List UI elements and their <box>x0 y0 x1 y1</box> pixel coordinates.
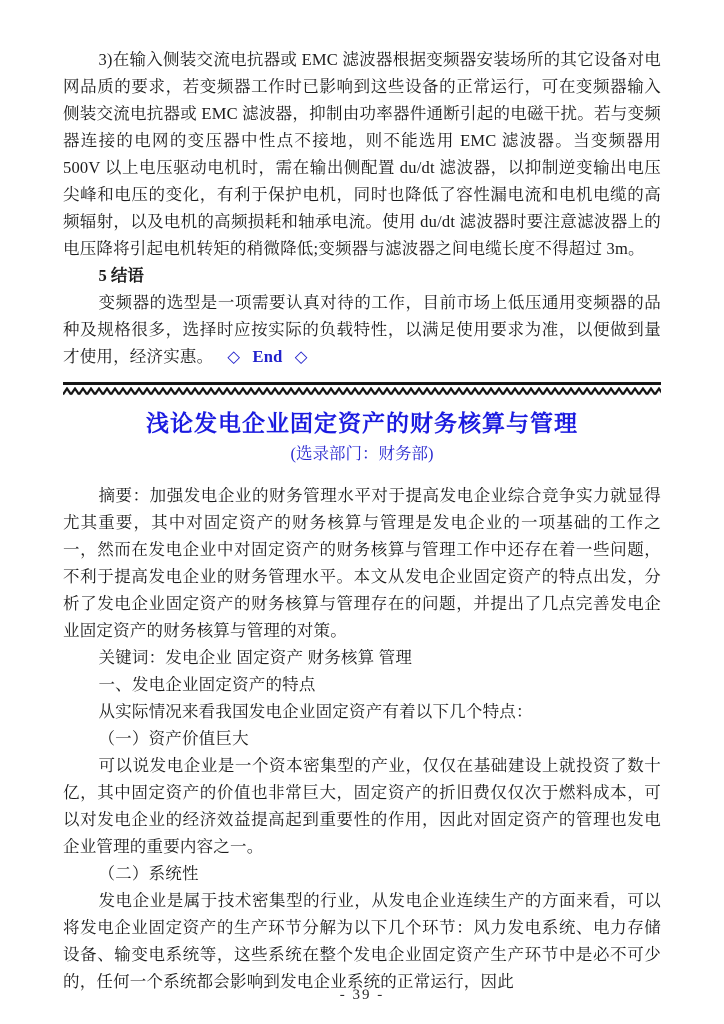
keywords-line: 关键词：发电企业 固定资产 财务核算 管理 <box>63 644 661 671</box>
document-page: 3)在输入侧装交流电抗器或 EMC 滤波器根据变频器安装场所的其它设备对电网品质… <box>0 0 724 1024</box>
divider-zigzag-pattern <box>63 387 661 396</box>
page-number: - 39 - <box>0 987 724 1004</box>
end-marker: ◇ End ◇ <box>213 347 307 366</box>
subsection-paragraph-1: 可以说发电企业是一个资本密集型的产业，仅仅在基础建设上就投资了数十亿，其中固定资… <box>63 752 661 860</box>
subsection-heading-2: （二）系统性 <box>63 860 661 887</box>
subsection-paragraph-2: 发电企业是属于技术密集型的行业，从发电企业连续生产的方面来看，可以将发电企业固定… <box>63 887 661 995</box>
conclusion-paragraph-wrap: 变频器的选型是一项需要认真对待的工作，目前市场上低压通用变频器的品种及规格很多，… <box>63 289 661 370</box>
section-intro: 从实际情况来看我国发电企业固定资产有着以下几个特点： <box>63 698 661 725</box>
subsection-heading-1: （一）资产价值巨大 <box>63 725 661 752</box>
section-heading-1: 一、发电企业固定资产的特点 <box>63 671 661 698</box>
article-title: 浅论发电企业固定资产的财务核算与管理 <box>63 408 661 438</box>
divider-rule <box>63 382 661 385</box>
conclusion-paragraph: 变频器的选型是一项需要认真对待的工作，目前市场上低压通用变频器的品种及规格很多，… <box>63 293 661 366</box>
frequency-converter-paragraph: 3)在输入侧装交流电抗器或 EMC 滤波器根据变频器安装场所的其它设备对电网品质… <box>63 46 661 262</box>
abstract-paragraph: 摘要：加强发电企业的财务管理水平对于提高发电企业综合竞争实力就显得尤其重要，其中… <box>63 482 661 644</box>
article-subtitle: (选录部门：财务部) <box>63 442 661 466</box>
zigzag-divider <box>63 382 661 396</box>
conclusion-heading: 5 结语 <box>63 262 661 289</box>
